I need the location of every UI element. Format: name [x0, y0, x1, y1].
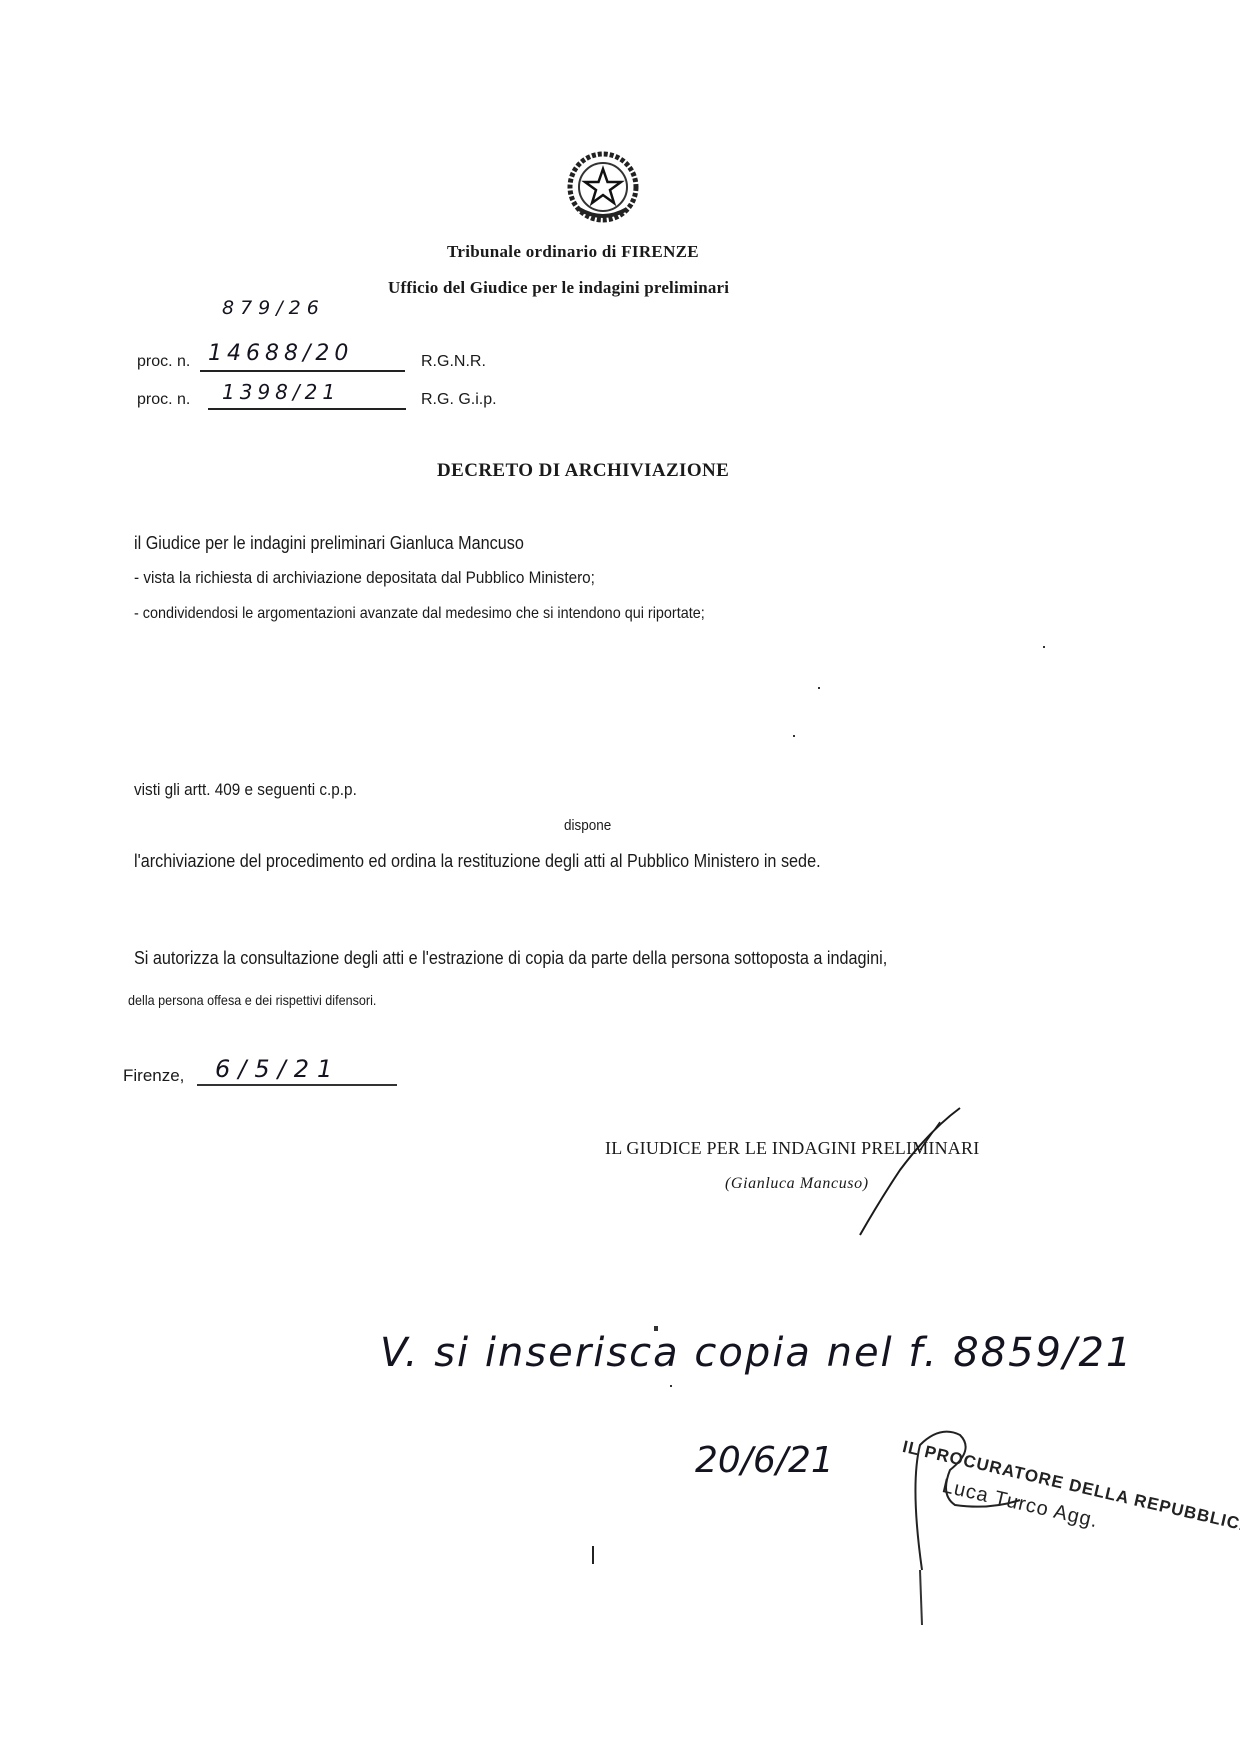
authorization-line-2: della persona offesa e dei rispettivi di…: [128, 992, 376, 1008]
handwritten-top-note: 879/26: [222, 297, 325, 319]
handwritten-note: V. si inserisca copia nel f. 8859/21: [380, 1330, 1133, 1376]
proc-register-gip: R.G. G.i.p.: [421, 391, 497, 409]
proc-number-gip: 1398/21: [222, 380, 340, 404]
scan-speck: [818, 687, 820, 689]
judge-line: il Giudice per le indagini preliminari G…: [134, 533, 524, 554]
consideration-arguments: - condividendosi le argomentazioni avanz…: [134, 605, 705, 623]
document-title: DECRETO DI ARCHIVIAZIONE: [437, 460, 729, 482]
proc-number-rgnr: 14688/20: [208, 341, 353, 366]
authorization-line-1: Si autorizza la consultazione degli atti…: [134, 948, 887, 969]
ink-dot: [654, 1326, 658, 1331]
scan-speck: [793, 735, 795, 737]
proc-label-rgnr: proc. n.: [137, 353, 190, 371]
order-text: l'archiviazione del procedimento ed ordi…: [134, 851, 821, 872]
court-name: Tribunale ordinario di FIRENZE: [447, 242, 699, 262]
note-date: 20/6/21: [695, 1440, 834, 1481]
judge-signature-icon: [820, 1100, 990, 1240]
proc-line-gip: [208, 408, 406, 410]
italian-republic-emblem-icon: [563, 147, 643, 227]
date-line: [197, 1084, 397, 1086]
scan-speck: [1043, 646, 1045, 648]
proc-register-rgnr: R.G.N.R.: [421, 353, 486, 371]
scan-speck: [670, 1385, 672, 1387]
court-office: Ufficio del Giudice per le indagini prel…: [388, 278, 729, 298]
proc-line-rgnr: [200, 370, 405, 372]
place-label: Firenze,: [123, 1066, 184, 1086]
page-mark: [592, 1546, 594, 1564]
decree-date: 6/5/21: [215, 1055, 340, 1083]
legal-basis: visti gli artt. 409 e seguenti c.p.p.: [134, 780, 357, 800]
proc-label-gip: proc. n.: [137, 391, 190, 409]
operative-word: dispone: [564, 817, 611, 834]
consideration-request: - vista la richiesta di archiviazione de…: [134, 568, 595, 588]
